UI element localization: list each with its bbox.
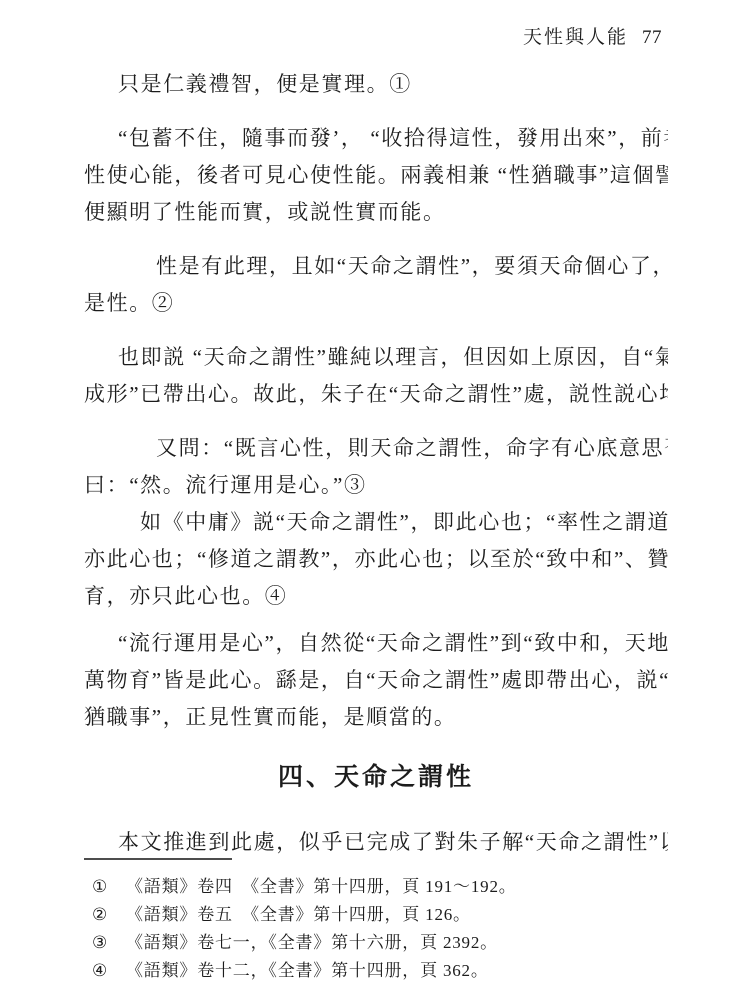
text-line: 萬物育”皆是此心。繇是，自“天命之謂性”處即帶出心，説“性 (84, 662, 668, 699)
text-line: “流行運用是心”，自然從“天命之謂性”到“致中和，天地位， (84, 625, 668, 662)
footnote-item: ② 《語類》卷五 《全書》第十四册，頁 126。 (84, 901, 668, 929)
text-line: 便顯明了性能而實，或説性實而能。 (84, 194, 668, 231)
page-number: 77 (642, 27, 662, 48)
quote-line: 又問：“既言心性，則天命之謂性，命字有心底意思否？” (84, 430, 668, 467)
paragraph-3: “流行運用是心”，自然從“天命之謂性”到“致中和，天地位， 萬物育”皆是此心。繇… (84, 625, 668, 736)
footnote-marker: ③ (92, 929, 126, 957)
text-line: 猶職事”，正見性實而能，是順當的。 (84, 699, 668, 736)
quote-line: 性是有此理，且如“天命之謂性”，要須天命個心了，方 (84, 248, 668, 285)
footnote-item: ① 《語類》卷四 《全書》第十四册，頁 191～192。 (84, 873, 668, 901)
page-header: 天性與人能77 (523, 22, 662, 49)
running-title: 天性與人能 (523, 27, 628, 48)
paragraph-1: “包蓄不住，隨事而發’， “收拾得這性，發用出來”，前者可見 性使心能，後者可見… (84, 120, 668, 231)
block-quote-1: 只是仁義禮智，便是實理。① (84, 66, 668, 103)
footnote-marker: ① (92, 873, 126, 901)
quote-line: 亦此心也；“修道之謂教”，亦此心也；以至於“致中和”、贊化 (84, 541, 668, 578)
text-column: 只是仁義禮智，便是實理。① “包蓄不住，隨事而發’， “收拾得這性，發用出來”，… (84, 66, 668, 861)
footnote-marker: ④ (92, 957, 126, 985)
section-heading: 四、天命之謂性 (84, 757, 668, 799)
quote-line: 育，亦只此心也。④ (84, 578, 668, 615)
block-quote-2: 性是有此理，且如“天命之謂性”，要須天命個心了，方 是性。② (84, 248, 668, 322)
quote-line: 曰：“然。流行運用是心。”③ (84, 467, 668, 504)
footnote-text: 《語類》卷四 《全書》第十四册，頁 191～192。 (126, 873, 517, 901)
quote-line: 如《中庸》説“天命之謂性”，即此心也；“率性之謂道”， (84, 504, 668, 541)
footnote-item: ④ 《語類》卷十二，《全書》第十四册，頁 362。 (84, 957, 668, 985)
paragraph-2: 也即説 “天命之謂性”雖純以理言，但因如上原因，自“氣以 成形”已帶出心。故此，… (84, 339, 668, 413)
footnote-separator (84, 858, 232, 860)
footnote-item: ③ 《語類》卷七一，《全書》第十六册，頁 2392。 (84, 929, 668, 957)
footnote-text: 《語類》卷十二，《全書》第十四册，頁 362。 (126, 957, 489, 985)
block-quote-3: 又問：“既言心性，則天命之謂性，命字有心底意思否？” 曰：“然。流行運用是心。”… (84, 430, 668, 615)
footnote-text: 《語類》卷五 《全書》第十四册，頁 126。 (126, 901, 471, 929)
quote-line: 是性。② (84, 285, 668, 322)
quote-line: 只是仁義禮智，便是實理。① (84, 66, 668, 103)
book-page: 天性與人能77 只是仁義禮智，便是實理。① “包蓄不住，隨事而發’， “收拾得這… (0, 0, 750, 1000)
text-line: “包蓄不住，隨事而發’， “收拾得這性，發用出來”，前者可見 (84, 120, 668, 157)
text-line: 也即説 “天命之謂性”雖純以理言，但因如上原因，自“氣以 (84, 339, 668, 376)
paragraph-4: 本文推進到此處，似乎已完成了對朱子解“天命之謂性”以性 (84, 824, 668, 861)
text-line: 成形”已帶出心。故此，朱子在“天命之謂性”處，説性説心均可。 (84, 376, 668, 413)
footnotes: ① 《語類》卷四 《全書》第十四册，頁 191～192。 ② 《語類》卷五 《全… (84, 858, 668, 985)
text-line: 性使心能，後者可見心使性能。兩義相兼 “性猶職事”這個譬喻， (84, 157, 668, 194)
footnote-text: 《語類》卷七一，《全書》第十六册，頁 2392。 (126, 929, 498, 957)
text-line: 本文推進到此處，似乎已完成了對朱子解“天命之謂性”以性 (84, 824, 668, 861)
footnote-marker: ② (92, 901, 126, 929)
